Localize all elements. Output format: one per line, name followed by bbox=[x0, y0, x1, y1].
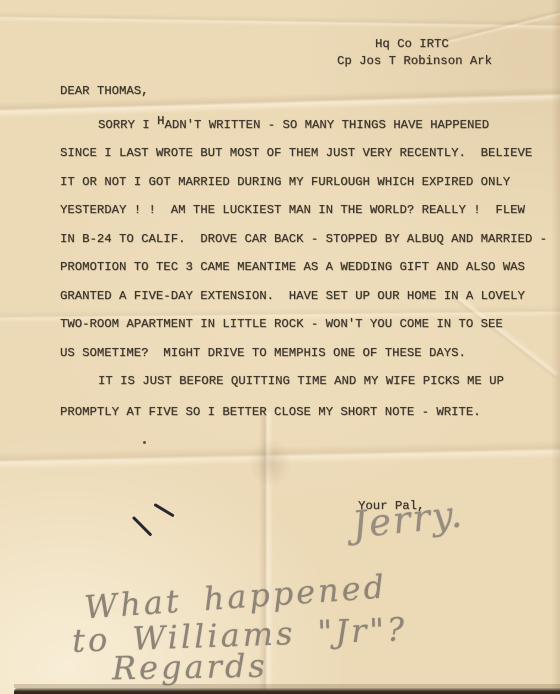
body-line: PROMOTION TO TEC 3 CAME MEANTIME AS A WE… bbox=[60, 253, 525, 281]
fold-crease-top bbox=[0, 11, 560, 30]
body-line: TWO-ROOM APARTMENT IN LITTLE ROCK - WON'… bbox=[60, 310, 503, 338]
paper-bottom-shadow bbox=[14, 684, 560, 688]
letterhead-location: Cp Jos T Robinson Ark bbox=[337, 53, 492, 70]
raised-typo-letter: H bbox=[157, 114, 164, 128]
ink-tally-mark bbox=[132, 516, 152, 536]
paper-right-edge-shading bbox=[551, 0, 560, 694]
salutation: DEAR THOMAS, bbox=[60, 77, 149, 105]
handwritten-note-line-3: Regards bbox=[112, 647, 268, 688]
diagonal-crease-top-right bbox=[441, 6, 560, 45]
body-line: US SOMETIME? MIGHT DRIVE TO MEMPHIS ONE … bbox=[60, 339, 466, 367]
paper-wrinkle bbox=[240, 428, 300, 498]
body-line: SINCE I LAST WROTE BUT MOST OF THEM JUST… bbox=[60, 139, 532, 167]
paper-bottom-edge bbox=[14, 688, 560, 694]
body-line: PROMPTLY AT FIVE SO I BETTER CLOSE MY SH… bbox=[60, 398, 481, 426]
ink-tally-mark bbox=[154, 503, 175, 517]
body-line-text: ADN'T WRITTEN - SO MANY THINGS HAVE HAPP… bbox=[164, 118, 489, 132]
body-line: IT IS JUST BEFORE QUITTING TIME AND MY W… bbox=[60, 367, 504, 395]
body-line: SORRY I HADN'T WRITTEN - SO MANY THINGS … bbox=[60, 111, 489, 139]
fold-crease-lower bbox=[0, 440, 560, 470]
letter-page: Hq Co IRTC Cp Jos T Robinson Ark DEAR TH… bbox=[0, 0, 560, 694]
letterhead-unit: Hq Co IRTC bbox=[375, 36, 449, 53]
body-line-text: SORRY I bbox=[98, 118, 157, 132]
body-line: IN B-24 TO CALIF. DROVE CAR BACK - STOPP… bbox=[60, 225, 547, 253]
body-line: IT OR NOT I GOT MARRIED DURING MY FURLOU… bbox=[60, 168, 510, 196]
body-line: GRANTED A FIVE-DAY EXTENSION. HAVE SET U… bbox=[60, 282, 525, 310]
body-line: YESTERDAY ! ! AM THE LUCKIEST MAN IN THE… bbox=[60, 196, 525, 224]
ink-speck bbox=[143, 441, 146, 444]
